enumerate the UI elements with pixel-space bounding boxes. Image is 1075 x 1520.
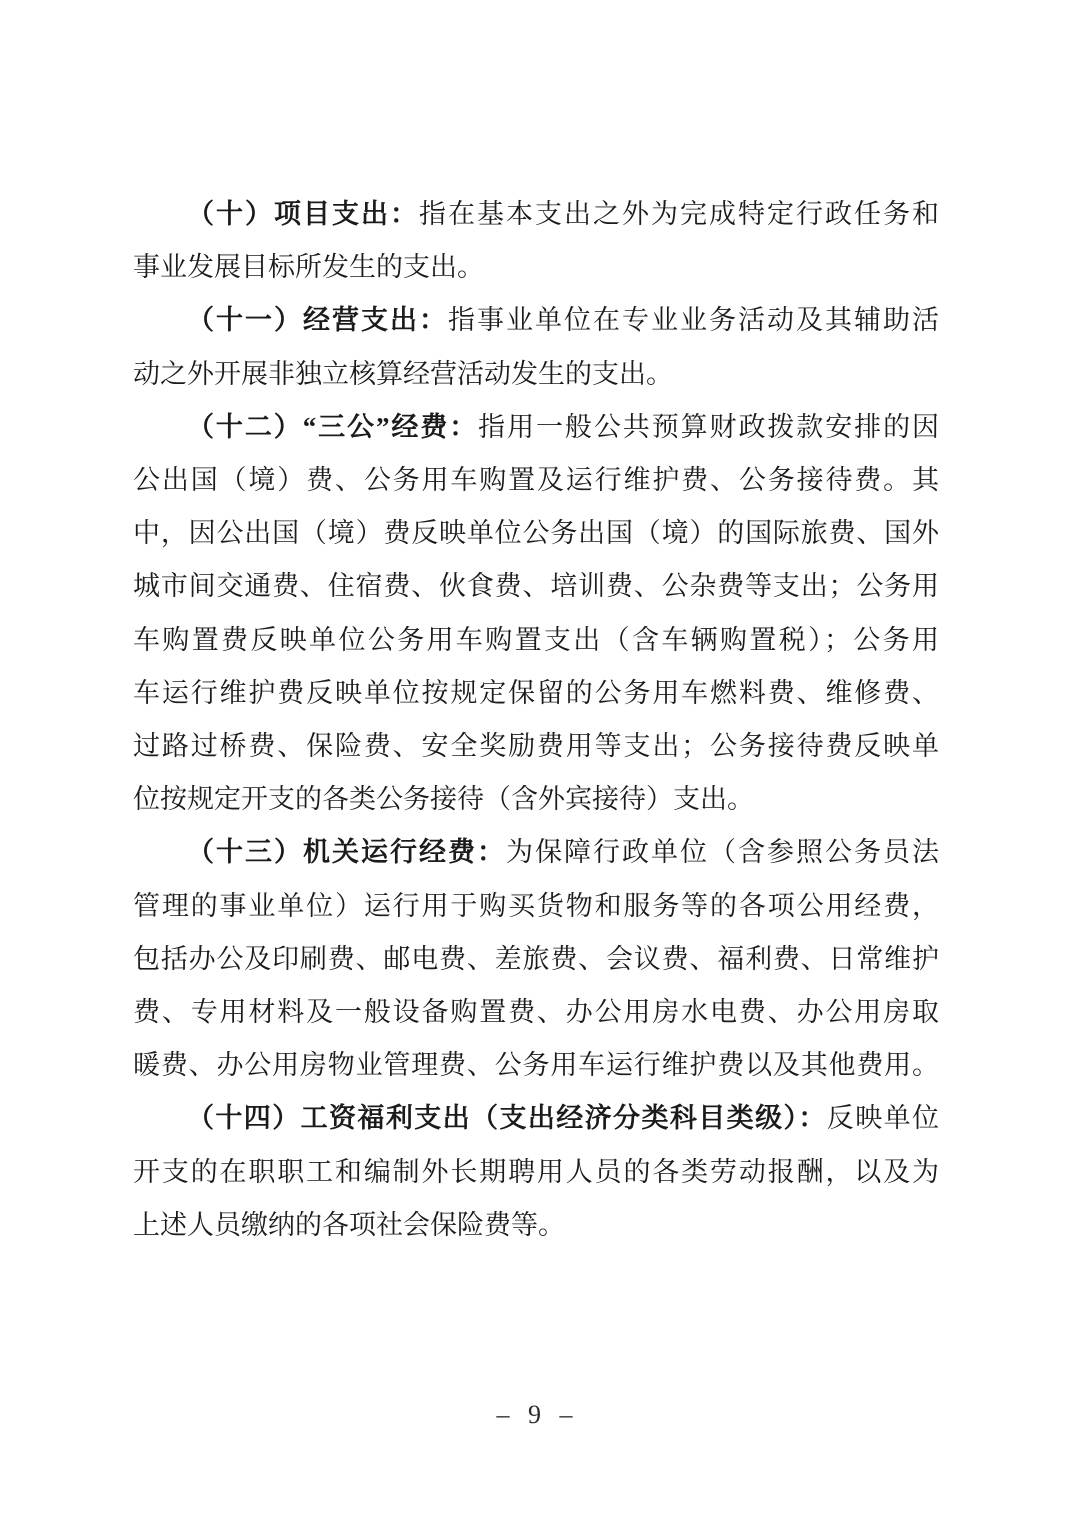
text-line: 车购置费反映单位公务用车购置支出（含车辆购置税）；公务用 bbox=[133, 614, 939, 667]
text-line: 位按规定开支的各类公务接待（含外宾接待）支出。 bbox=[133, 773, 939, 826]
text-line: 暖费、办公用房物业管理费、公务用车运行维护费以及其他费用。 bbox=[133, 1039, 939, 1092]
text-line: 车运行维护费反映单位按规定保留的公务用车燃料费、维修费、 bbox=[133, 667, 939, 720]
document-page: （十）项目支出：指在基本支出之外为完成特定行政任务和 事业发展目标所发生的支出。… bbox=[0, 0, 1075, 1520]
line-text: 动之外开展非独立核算经营活动发生的支出。 bbox=[133, 359, 673, 389]
term-heading: （十四）工资福利支出（支出经济分类科目类级）： bbox=[187, 1103, 827, 1133]
text-line: 上述人员缴纳的各项社会保险费等。 bbox=[133, 1199, 939, 1252]
line-text: 指在基本支出之外为完成特定行政任务和 bbox=[419, 199, 939, 229]
text-line: 中，因公出国（境）费反映单位公务出国（境）的国际旅费、国外 bbox=[133, 507, 939, 560]
document-body: （十）项目支出：指在基本支出之外为完成特定行政任务和 事业发展目标所发生的支出。… bbox=[133, 188, 939, 1252]
term-heading: （十一）经营支出： bbox=[187, 305, 448, 335]
term-heading: （十三）机关运行经费： bbox=[187, 837, 506, 867]
line-text: 指事业单位在专业业务活动及其辅助活 bbox=[448, 305, 939, 335]
text-line: 动之外开展非独立核算经营活动发生的支出。 bbox=[133, 348, 939, 401]
text-line: 公出国（境）费、公务用车购置及运行维护费、公务接待费。其 bbox=[133, 454, 939, 507]
text-line: （十二）“三公”经费：指用一般公共预算财政拨款安排的因 bbox=[133, 401, 939, 454]
line-text: 反映单位 bbox=[827, 1103, 939, 1133]
line-text: 过路过桥费、保险费、安全奖励费用等支出；公务接待费反映单 bbox=[133, 731, 939, 761]
line-text: 事业发展目标所发生的支出。 bbox=[133, 252, 484, 282]
text-line: （十一）经营支出：指事业单位在专业业务活动及其辅助活 bbox=[133, 294, 939, 347]
line-text: 中，因公出国（境）费反映单位公务出国（境）的国际旅费、国外 bbox=[133, 518, 939, 548]
text-line: 开支的在职职工和编制外长期聘用人员的各类劳动报酬，以及为 bbox=[133, 1146, 939, 1199]
line-text: 包括办公及印刷费、邮电费、差旅费、会议费、福利费、日常维护 bbox=[133, 944, 939, 974]
line-text: 费、专用材料及一般设备购置费、办公用房水电费、办公用房取 bbox=[133, 997, 939, 1027]
term-heading: （十）项目支出： bbox=[187, 199, 419, 229]
line-text: 公出国（境）费、公务用车购置及运行维护费、公务接待费。其 bbox=[133, 465, 939, 495]
term-heading: （十二）“三公”经费： bbox=[187, 412, 478, 442]
line-text: 车购置费反映单位公务用车购置支出（含车辆购置税）；公务用 bbox=[133, 625, 939, 655]
text-line: 事业发展目标所发生的支出。 bbox=[133, 241, 939, 294]
line-text: 开支的在职职工和编制外长期聘用人员的各类劳动报酬，以及为 bbox=[133, 1157, 939, 1187]
line-text: 城市间交通费、住宿费、伙食费、培训费、公杂费等支出；公务用 bbox=[133, 571, 939, 601]
line-text: 车运行维护费反映单位按规定保留的公务用车燃料费、维修费、 bbox=[133, 678, 939, 708]
text-line: 城市间交通费、住宿费、伙食费、培训费、公杂费等支出；公务用 bbox=[133, 560, 939, 613]
line-text: 指用一般公共预算财政拨款安排的因 bbox=[478, 412, 939, 442]
line-text: 管理的事业单位）运行用于购买货物和服务等的各项公用经费， bbox=[133, 891, 939, 921]
line-text: 位按规定开支的各类公务接待（含外宾接待）支出。 bbox=[133, 784, 754, 814]
text-line: （十）项目支出：指在基本支出之外为完成特定行政任务和 bbox=[133, 188, 939, 241]
text-line: 管理的事业单位）运行用于购买货物和服务等的各项公用经费， bbox=[133, 880, 939, 933]
text-line: （十四）工资福利支出（支出经济分类科目类级）：反映单位 bbox=[133, 1092, 939, 1145]
line-text: 为保障行政单位（含参照公务员法 bbox=[506, 837, 939, 867]
page-number: – 9 – bbox=[0, 1400, 1075, 1430]
text-line: 包括办公及印刷费、邮电费、差旅费、会议费、福利费、日常维护 bbox=[133, 933, 939, 986]
text-line: 费、专用材料及一般设备购置费、办公用房水电费、办公用房取 bbox=[133, 986, 939, 1039]
text-line: （十三）机关运行经费：为保障行政单位（含参照公务员法 bbox=[133, 826, 939, 879]
line-text: 上述人员缴纳的各项社会保险费等。 bbox=[133, 1210, 565, 1240]
text-line: 过路过桥费、保险费、安全奖励费用等支出；公务接待费反映单 bbox=[133, 720, 939, 773]
line-text: 暖费、办公用房物业管理费、公务用车运行维护费以及其他费用。 bbox=[133, 1050, 939, 1080]
